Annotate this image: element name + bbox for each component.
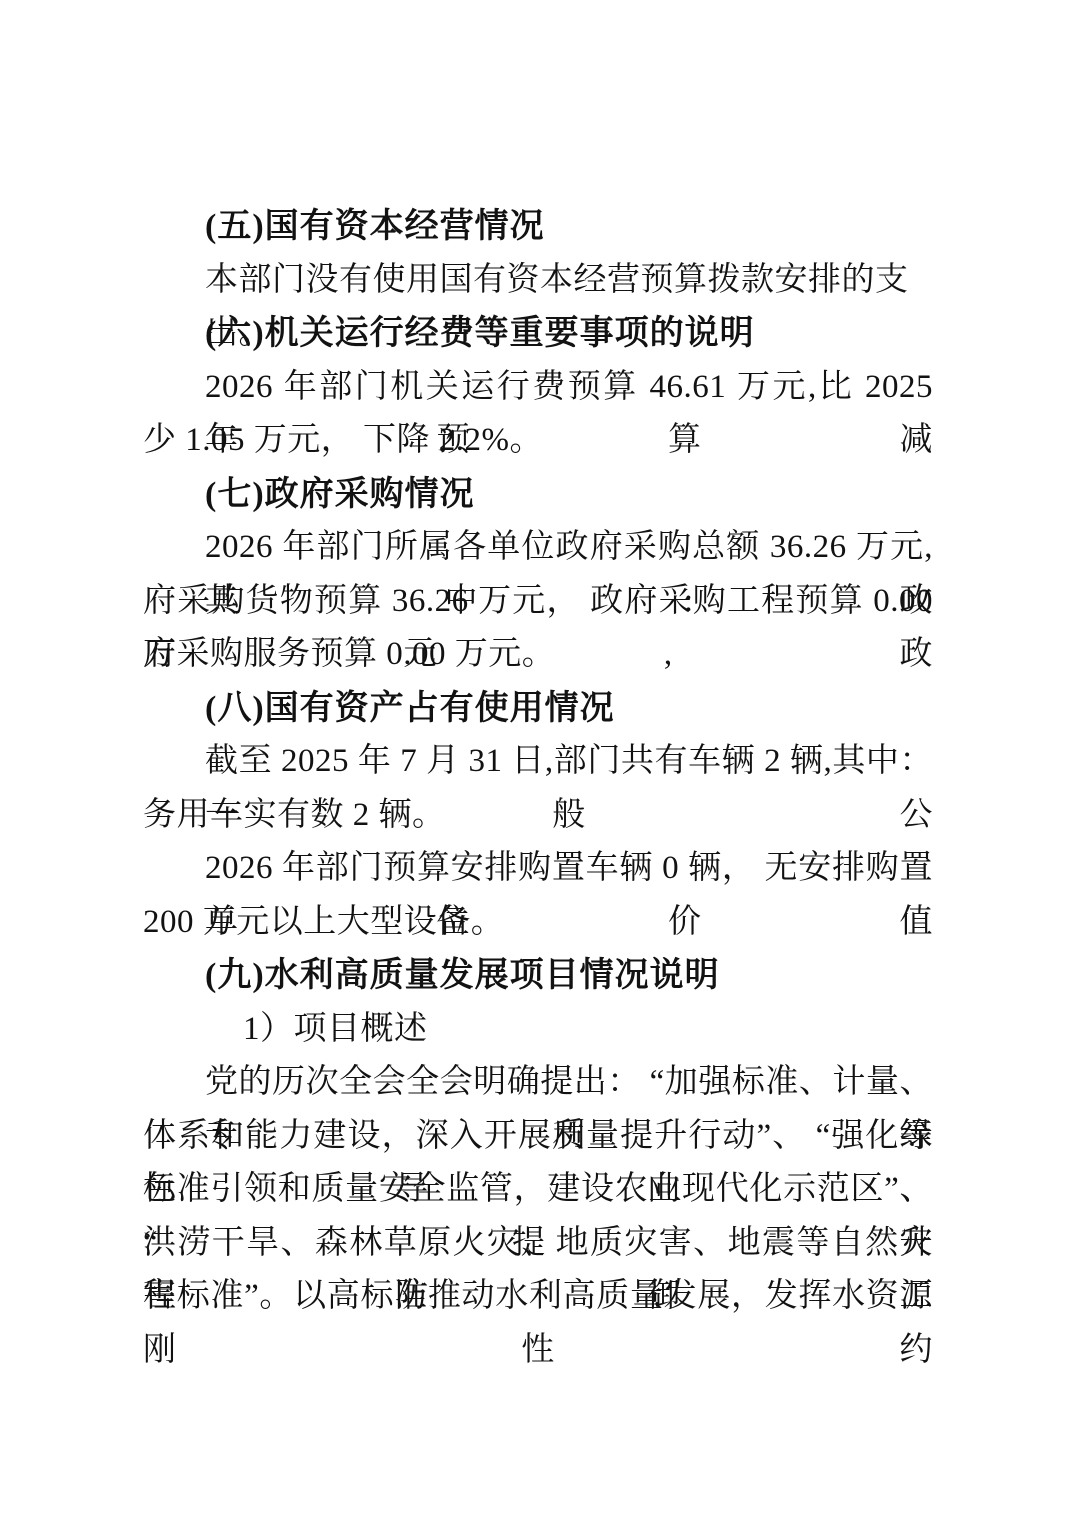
paragraph-line: 党的历次全会全会明确提出： “加强标准、计量、专利等 bbox=[143, 1056, 933, 1110]
paragraph-line: 截至 2025 年 7 月 31 日,部门共有车辆 2 辆,其中： 一般公 bbox=[143, 735, 933, 789]
section-heading-7: (七)政府采购情况 bbox=[143, 468, 933, 522]
document-content: (五)国有资本经营情况 本部门没有使用国有资本经营预算拨款安排的支出。 (六)机… bbox=[143, 200, 933, 1324]
section-heading-5: (五)国有资本经营情况 bbox=[143, 200, 933, 254]
paragraph-line: 本部门没有使用国有资本经营预算拨款安排的支出。 bbox=[143, 254, 933, 308]
document-page: (五)国有资本经营情况 本部门没有使用国有资本经营预算拨款安排的支出。 (六)机… bbox=[0, 0, 1074, 1520]
paragraph-line: 府采购货物预算 36.26 万元， 政府采购工程预算 0.00 万元,政 bbox=[143, 575, 933, 629]
paragraph-line: 2026 年部门机关运行费预算 46.61 万元,比 2025 年预算减 bbox=[143, 361, 933, 415]
paragraph-line: 体系和能力建设，深入开展质量提升行动”、 “强化绿色导向、 bbox=[143, 1110, 933, 1164]
section-heading-6: (六)机关运行经费等重要事项的说明 bbox=[143, 307, 933, 361]
paragraph-line: 2026 年部门预算安排购置车辆 0 辆， 无安排购置单位价值 bbox=[143, 842, 933, 896]
paragraph-line: 2026 年部门所属各单位政府采购总额 36.26 万元,其中:政 bbox=[143, 521, 933, 575]
section-heading-8: (八)国有资产占有使用情况 bbox=[143, 682, 933, 736]
section-heading-9: (九)水利高质量发展项目情况说明 bbox=[143, 949, 933, 1003]
sub-item-line: 1）项目概述 bbox=[143, 1003, 933, 1057]
paragraph-line: 程标准”。以高标准推动水利高质量发展，发挥水资源刚性约 bbox=[143, 1270, 933, 1324]
paragraph-line: 洪涝干旱、森林草原火灾、地质灾害、地震等自然灾害防御工 bbox=[143, 1217, 933, 1271]
paragraph-line: 标准引领和质量安全监管，建设农业现代化示范区”、 “提升 bbox=[143, 1163, 933, 1217]
